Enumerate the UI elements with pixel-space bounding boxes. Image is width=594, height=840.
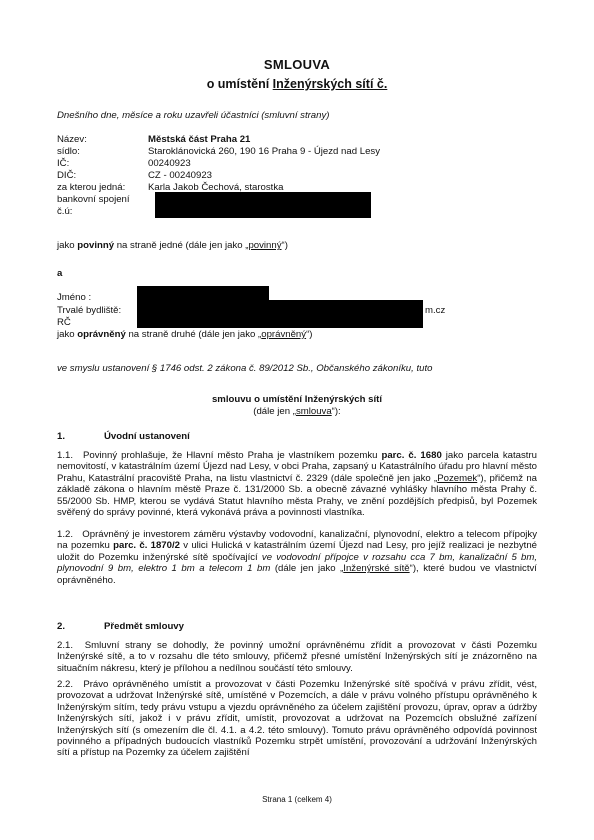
redaction-bank-details [155,192,371,218]
role-suffix: “) [306,329,312,340]
party2-label-rc: RČ [57,317,71,328]
paragraph-2-2: 2.2. Právo oprávněného umístit a provozo… [57,679,537,759]
page-footer: Strana 1 (celkem 4) [0,795,594,804]
section-2-heading: 2.Předmět smlouvy [57,621,184,632]
contract-alias: (dále jen „smlouva“): [0,406,594,417]
role-prefix: jako [57,240,77,251]
party2-label-address: Trvalé bydliště: [57,305,121,316]
party1-label-name: Název: [57,134,87,145]
party1-label-bank: bankovní spojení [57,194,130,205]
role-underlined: povinný [248,240,281,251]
paragraph-number: 2.2. [57,679,77,690]
paragraph-1-2: 1.2. Oprávněný je investorem záměru výst… [57,529,537,586]
section-title: Předmět smlouvy [104,621,184,632]
contract-heading: smlouvu o umístění Inženýrských sítí [0,394,594,405]
party1-value-ico: 00240923 [148,158,191,169]
paragraph-text: Právo oprávněného umístit a provozovat v… [57,679,537,758]
party1-value-name: Městská část Praha 21 [148,134,250,145]
redaction-name [137,286,269,301]
paragraph-1-1: 1.1. Povinný prohlašuje, že Hlavní město… [57,450,537,518]
paragraph-number: 1.1. [57,450,77,461]
and-label: a [57,268,62,279]
party1-label-dic: DIČ: [57,170,76,181]
paragraph-2-1: 2.1. Smluvní strany se dohodly, že povin… [57,640,537,674]
subtitle-prefix: o umístění [207,77,273,91]
paragraph-number: 2.1. [57,640,79,651]
alias-prefix: (dále jen „ [253,406,296,417]
intro-text: Dnešního dne, měsíce a roku uzavřeli úča… [57,110,329,121]
party1-label-seat: sídlo: [57,146,80,157]
party1-role: jako povinný na straně jedné (dále jen j… [57,240,288,251]
party1-value-seat: Staroklánovická 260, 190 16 Praha 9 - Új… [148,146,380,157]
party2-value-address-tail: m.cz [425,305,445,316]
paragraph-text: Smluvní strany se dohodly, že povinný um… [57,640,537,674]
party1-value-dic: CZ - 00240923 [148,170,212,181]
legal-basis: ve smyslu ustanovení § 1746 odst. 2 záko… [57,363,432,374]
role-prefix: jako [57,329,77,340]
paragraph-text: parc. č. 1870/2 [113,540,180,551]
role-suffix: “) [282,240,288,251]
paragraph-text: Pozemek [437,473,477,484]
section-number: 1. [57,431,104,442]
role-bold: povinný [77,240,114,251]
alias-underlined: smlouva [296,406,332,417]
section-title: Úvodní ustanovení [104,431,190,442]
paragraph-text: Inženýrské sítě [343,563,409,574]
party1-label-representative: za kterou jedná: [57,182,125,193]
document-subtitle: o umístění Inženýrských sítí č. [0,77,594,91]
document-page: SMLOUVA o umístění Inženýrských sítí č. … [0,0,594,840]
party1-label-ico: IČ: [57,158,69,169]
party1-label-account: č.ú: [57,206,72,217]
paragraph-number: 1.2. [57,529,76,540]
party2-label-name: Jméno : [57,292,91,303]
role-middle: na straně druhé (dále jen jako „ [126,329,261,340]
paragraph-text: (dále jen jako „ [270,563,343,574]
role-middle: na straně jedné (dále jen jako „ [114,240,248,251]
party2-role: jako oprávněný na straně druhé (dále jen… [57,329,312,340]
subtitle-underlined: Inženýrských sítí č. [273,77,388,91]
paragraph-text: Povinný prohlašuje, že Hlavní město Prah… [83,450,381,461]
alias-suffix: “): [332,406,341,417]
section-1-heading: 1.Úvodní ustanovení [57,431,190,442]
section-number: 2. [57,621,104,632]
redaction-address [137,300,423,328]
document-title: SMLOUVA [0,57,594,72]
role-bold: oprávněný [77,329,126,340]
role-underlined: oprávněný [261,329,306,340]
paragraph-text: parc. č. 1680 [381,450,441,461]
